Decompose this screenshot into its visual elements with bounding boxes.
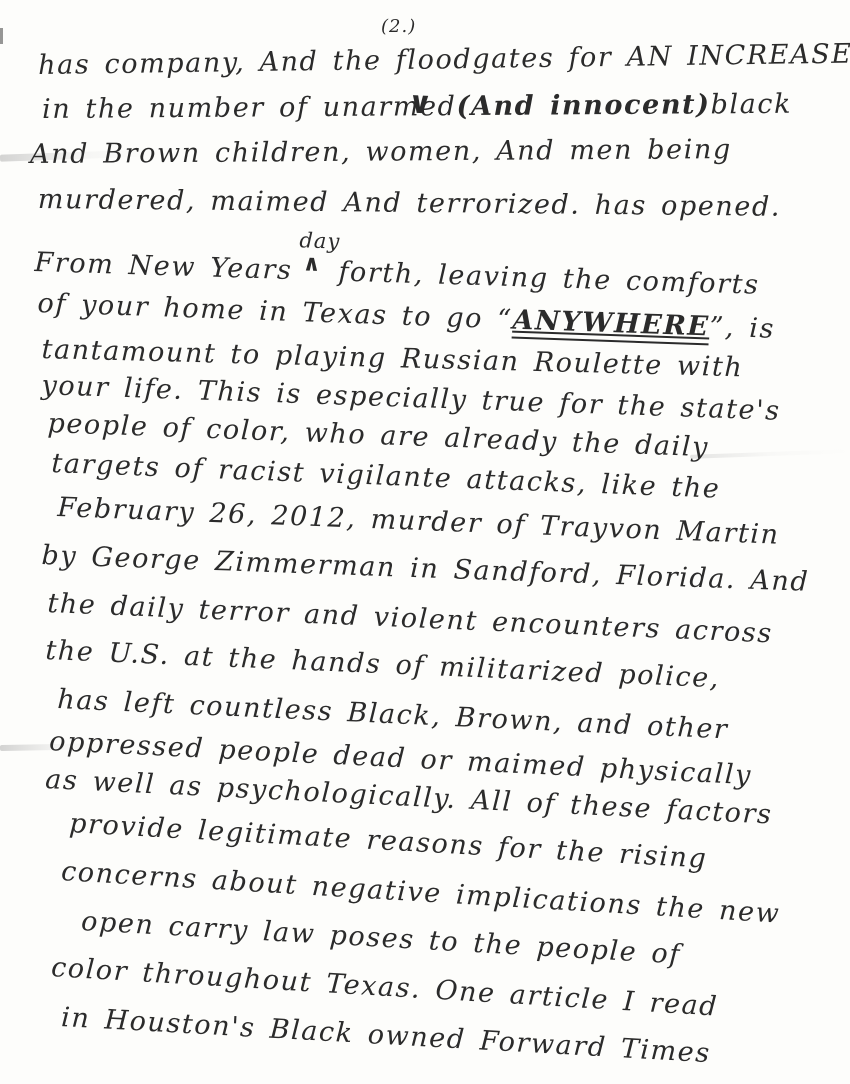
inserted-word-day: day∧ <box>292 256 339 285</box>
line-segment: of your home in Texas to go “ <box>37 288 513 336</box>
handwritten-line: has company, And the floodgates for AN I… <box>38 41 850 79</box>
line-segment: in the number of unarmed <box>42 91 457 125</box>
scan-streak-artifact <box>690 449 850 459</box>
handwritten-line: the U.S. at the hands of militarized pol… <box>45 637 721 692</box>
page-number: (2.) <box>381 16 416 37</box>
insertion-caret-mark: ∨ <box>407 85 433 121</box>
line-segment: ”, is <box>709 311 776 344</box>
scan-edge-artifact <box>0 28 3 44</box>
handwritten-line: And Brown children, women, And men being <box>30 136 732 168</box>
insertion-caret-mark: ∧ <box>302 252 322 275</box>
underlined-word-anywhere: ANYWHERE <box>512 305 710 346</box>
handwritten-line: murdered, maimed And terrorized. has ope… <box>38 186 781 221</box>
inserted-word: day <box>299 230 340 252</box>
inserted-parenthetical: (And innocent) <box>456 89 710 122</box>
line-segment: forth, leaving the comforts <box>338 257 760 301</box>
handwritten-page: (2.) has company, And the floodgates for… <box>0 0 850 1084</box>
line-segment: black <box>710 89 792 121</box>
handwritten-line: of your home in Texas to go “ANYWHERE”, … <box>37 290 775 343</box>
handwritten-line: by George Zimmerman in Sandford, Florida… <box>41 542 810 596</box>
line-segment: From New Years <box>34 247 293 286</box>
